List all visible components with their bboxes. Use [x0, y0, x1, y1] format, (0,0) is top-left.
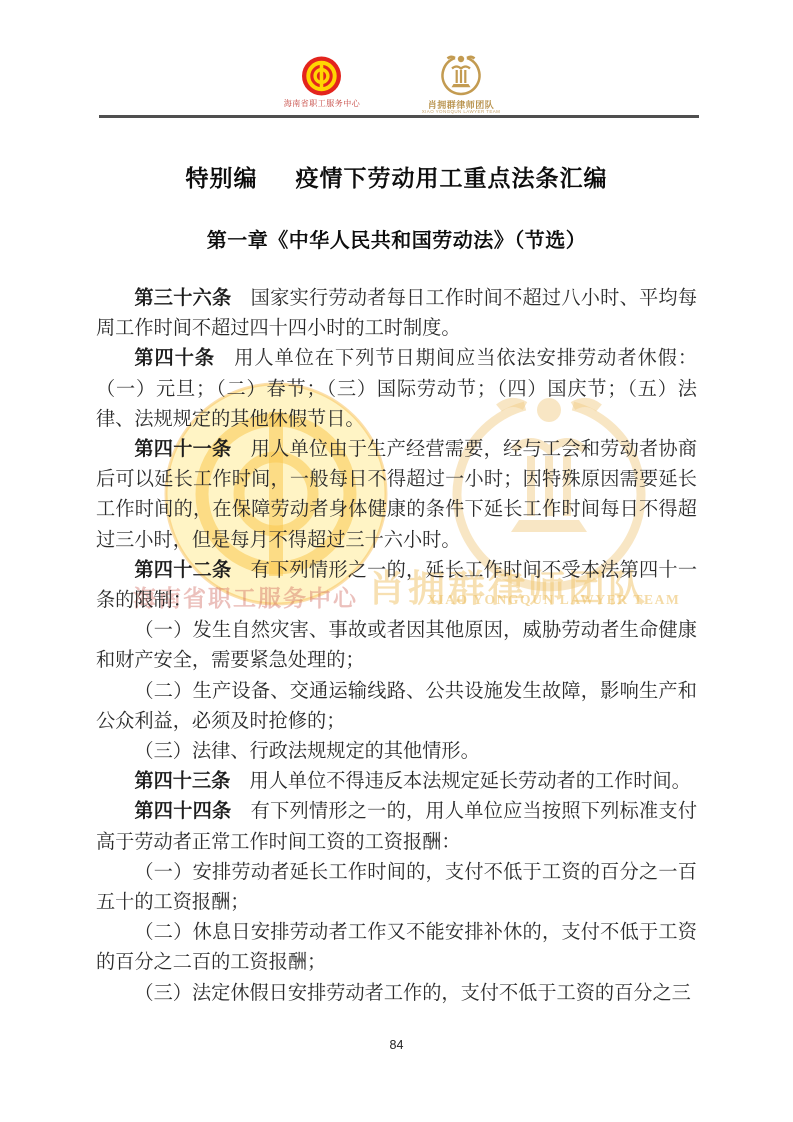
article-text: （三）法律、行政法规规定的其他情形。 [134, 741, 479, 762]
document-title-text: 疫情下劳动用工重点法条汇编 [296, 165, 608, 191]
article-item: （一）安排劳动者延长工作时间的，支付不低于工资的百分之一百五十的工资报酬； [96, 858, 697, 918]
article-paragraph: 第四十一条用人单位由于生产经营需要，经与工会和劳动者协商后可以延长工作时间，一般… [96, 435, 697, 556]
article-number: 第三十六条 [134, 288, 231, 309]
article-paragraph: 第四十三条用人单位不得违反本法规定延长劳动者的工作时间。 [96, 767, 697, 797]
header-divider [99, 115, 699, 118]
article-paragraph: 第三十六条国家实行劳动者每日工作时间不超过八小时、平均每周工作时间不超过四十四小… [96, 284, 697, 344]
article-number: 第四十四条 [134, 801, 231, 822]
article-text: 用人单位不得违反本法规定延长劳动者的工作时间。 [250, 771, 691, 792]
union-logo-caption: 海南省职工服务中心 [272, 98, 372, 109]
lawyer-logo-caption-en: XIAO YONGQUN LAWYER TEAM [414, 109, 508, 114]
article-text: （二）生产设备、交通运输线路、公共设施发生故障，影响生产和公众利益，必须及时抢修… [96, 681, 697, 732]
article-item: （三）法定休假日安排劳动者工作的，支付不低于工资的百分之三 [96, 979, 697, 1009]
article-paragraph: 第四十条用人单位在下列节日期间应当依法安排劳动者休假：（一）元旦；（二）春节；（… [96, 344, 697, 435]
article-item: （二）休息日安排劳动者工作又不能安排补休的，支付不低于工资的百分之二百的工资报酬… [96, 918, 697, 978]
article-item: （一）发生自然灾害、事故或者因其他原因，威胁劳动者生命健康和财产安全，需要紧急处… [96, 616, 697, 676]
article-text: （三）法定休假日安排劳动者工作的，支付不低于工资的百分之三 [134, 983, 690, 1004]
article-text: （一）发生自然灾害、事故或者因其他原因，威胁劳动者生命健康和财产安全，需要紧急处… [96, 620, 697, 671]
article-text: （二）休息日安排劳动者工作又不能安排补休的，支付不低于工资的百分之二百的工资报酬… [96, 922, 697, 973]
document-title-label: 特别编 [186, 165, 258, 191]
union-logo-icon [301, 56, 342, 96]
document-body: 第三十六条国家实行劳动者每日工作时间不超过八小时、平均每周工作时间不超过四十四小… [96, 284, 697, 1009]
article-number: 第四十二条 [134, 560, 231, 581]
lawyer-logo-icon [432, 52, 490, 98]
article-number: 第四十三条 [134, 771, 230, 792]
article-item: （二）生产设备、交通运输线路、公共设施发生故障，影响生产和公众利益，必须及时抢修… [96, 677, 697, 737]
article-paragraph: 第四十四条有下列情形之一的，用人单位应当按照下列标准支付高于劳动者正常工作时间工… [96, 797, 697, 857]
document-title: 特别编疫情下劳动用工重点法条汇编 [0, 160, 793, 193]
article-number: 第四十一条 [134, 439, 231, 460]
article-text: （一）安排劳动者延长工作时间的，支付不低于工资的百分之一百五十的工资报酬； [96, 862, 697, 913]
page-number: 84 [0, 1038, 793, 1052]
chapter-title: 第一章《中华人民共和国劳动法》（节选） [0, 224, 793, 253]
article-item: （三）法律、行政法规规定的其他情形。 [96, 737, 697, 767]
article-number: 第四十条 [134, 348, 215, 369]
document-page: 海南省职工服务中心 肖拥群律师团队 XIAO YONGQUN LAWYER TE… [0, 0, 793, 1122]
article-paragraph: 第四十二条有下列情形之一的，延长工作时间不受本法第四十一条的限制： [96, 556, 697, 616]
